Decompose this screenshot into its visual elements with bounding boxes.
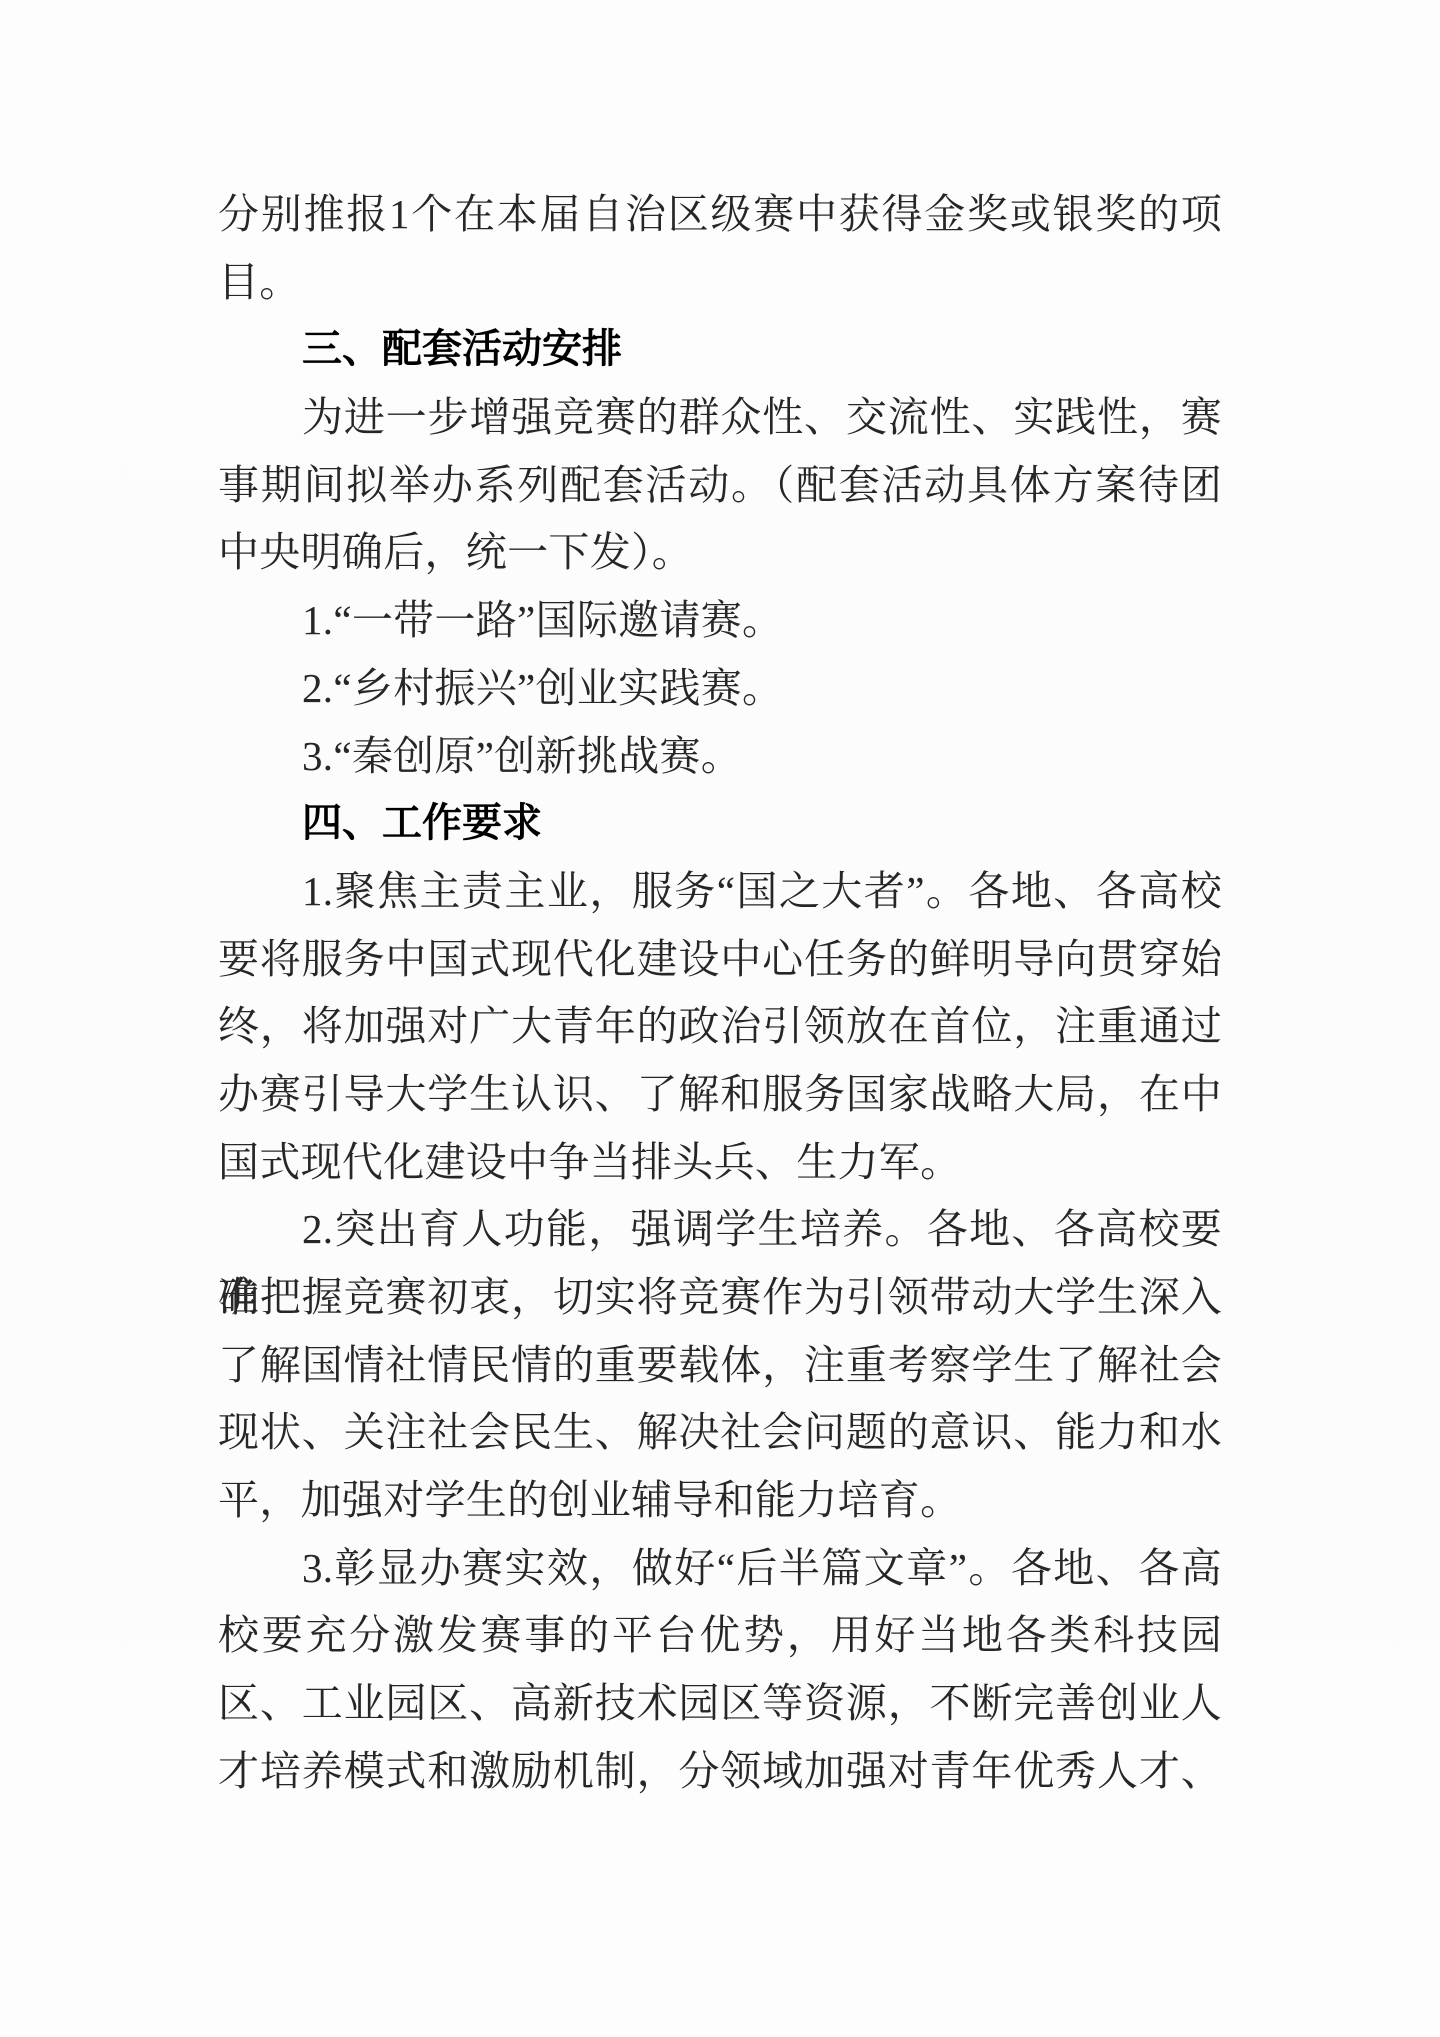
text-line: 了解国情社情民情的重要载体，注重考察学生了解社会: [218, 1332, 1222, 1400]
text-line: 校要充分激发赛事的平台优势，用好当地各类科技园: [218, 1602, 1222, 1670]
text-line: 3.彰显办赛实效，做好“后半篇文章”。各地、各高: [218, 1535, 1222, 1603]
text-line: 四、工作要求: [218, 790, 1222, 858]
section-heading: 三、配套活动安排: [218, 316, 1222, 384]
text-line: 办赛引导大学生认识、了解和服务国家战略大局，在中: [218, 1061, 1222, 1129]
paragraph: 1.“一带一路”国际邀请赛。: [218, 587, 1222, 655]
page: { "page": { "background_color": "#fdfdfd…: [0, 0, 1440, 2037]
text-line: 才培养模式和激励机制，分领域加强对青年优秀人才、: [218, 1738, 1222, 1806]
text-line: 1.“一带一路”国际邀请赛。: [218, 587, 1222, 655]
text-line: 要将服务中国式现代化建设中心任务的鲜明导向贯穿始: [218, 926, 1222, 994]
text-line: 3.“秦创原”创新挑战赛。: [218, 723, 1222, 791]
text-line: 三、配套活动安排: [218, 316, 1222, 384]
section-heading: 四、工作要求: [218, 790, 1222, 858]
text-line: 国式现代化建设中争当排头兵、生力军。: [218, 1129, 1222, 1197]
text-line: 目。: [218, 249, 1222, 317]
paragraph: 2.“乡村振兴”创业实践赛。: [218, 655, 1222, 723]
text-line: 为进一步增强竞赛的群众性、交流性、实践性，赛: [218, 384, 1222, 452]
text-line: 中央明确后，统一下发）。: [218, 519, 1222, 587]
paragraph: 分别推报1个在本届自治区级赛中获得金奖或银奖的项目。: [218, 181, 1222, 316]
text-line: 确把握竞赛初衷，切实将竞赛作为引领带动大学生深入: [218, 1264, 1222, 1332]
text-line: 终，将加强对广大青年的政治引领放在首位，注重通过: [218, 993, 1222, 1061]
paragraph: 2.突出育人功能，强调学生培养。各地、各高校要准确把握竞赛初衷，切实将竞赛作为引…: [218, 1196, 1222, 1534]
text-line: 现状、关注社会民生、解决社会问题的意识、能力和水: [218, 1399, 1222, 1467]
paragraph: 3.彰显办赛实效，做好“后半篇文章”。各地、各高校要充分激发赛事的平台优势，用好…: [218, 1535, 1222, 1806]
paragraph: 3.“秦创原”创新挑战赛。: [218, 723, 1222, 791]
document-body: 分别推报1个在本届自治区级赛中获得金奖或银奖的项目。三、配套活动安排为进一步增强…: [218, 181, 1222, 1806]
text-line: 2.“乡村振兴”创业实践赛。: [218, 655, 1222, 723]
paragraph: 为进一步增强竞赛的群众性、交流性、实践性，赛事期间拟举办系列配套活动。（配套活动…: [218, 384, 1222, 587]
text-line: 事期间拟举办系列配套活动。（配套活动具体方案待团: [218, 452, 1222, 520]
text-line: 区、工业园区、高新技术园区等资源，不断完善创业人: [218, 1670, 1222, 1738]
text-line: 2.突出育人功能，强调学生培养。各地、各高校要准: [218, 1196, 1222, 1264]
text-line: 分别推报1个在本届自治区级赛中获得金奖或银奖的项: [218, 181, 1222, 249]
text-line: 1.聚焦主责主业，服务“国之大者”。各地、各高校: [218, 858, 1222, 926]
paragraph: 1.聚焦主责主业，服务“国之大者”。各地、各高校要将服务中国式现代化建设中心任务…: [218, 858, 1222, 1196]
text-line: 平，加强对学生的创业辅导和能力培育。: [218, 1467, 1222, 1535]
